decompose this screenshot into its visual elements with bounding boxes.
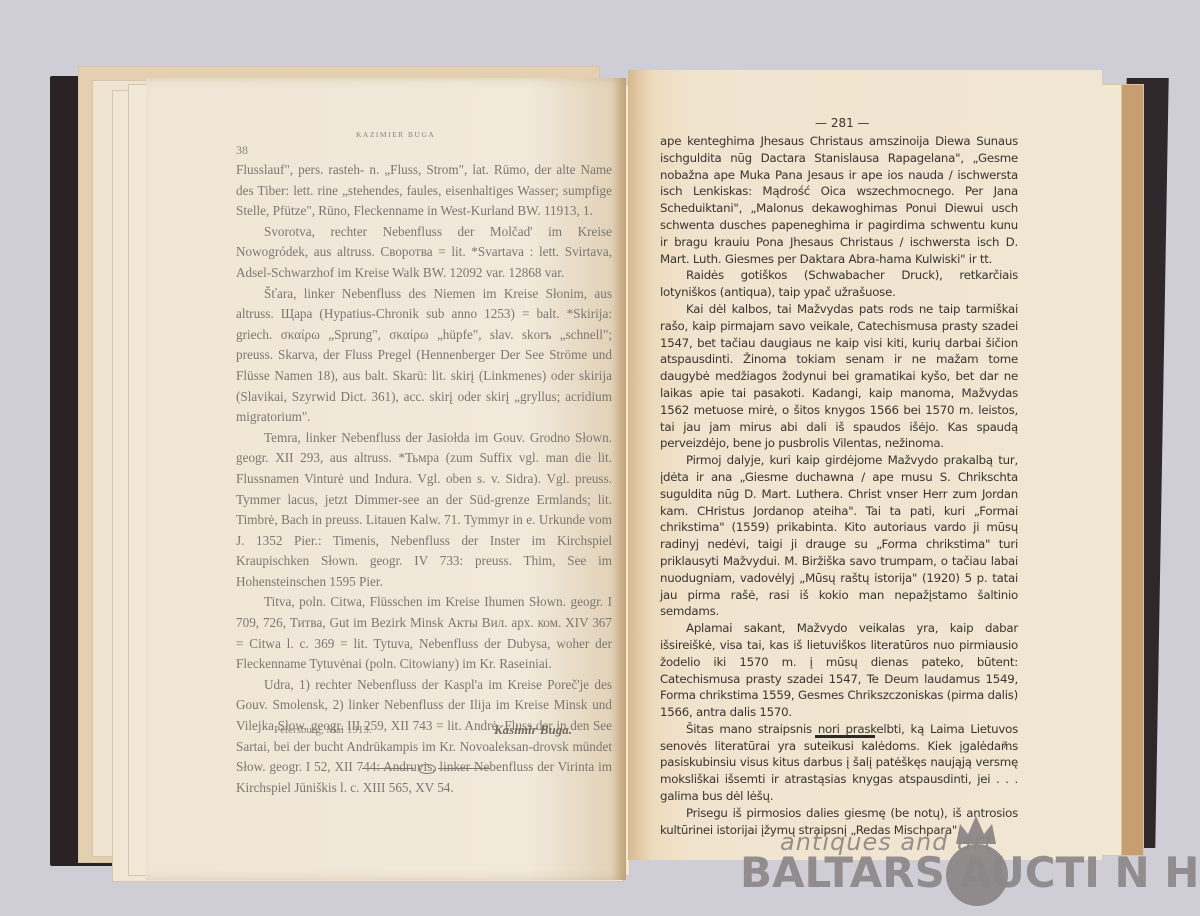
page-number-right: — 281 — — [815, 116, 870, 130]
paragraph: Pirmoj dalyje, kuri kaip girdėjome Mažvy… — [660, 452, 1018, 620]
paragraph: Flusslauf", pers. rasteh- n. „Fluss, Str… — [236, 160, 612, 222]
signature-mark: 7 — [1002, 741, 1008, 751]
running-head: KAZIMIER BUGA — [356, 130, 435, 139]
end-rule — [815, 735, 875, 738]
watermark-brand: BALTARS AUCTI N HOUSE — [740, 848, 1200, 897]
signature-place-date: Petersburg, Mai 1913. — [274, 724, 372, 736]
paragraph: Aplamai sakant, Mažvydo veikalas yra, ka… — [660, 620, 1018, 721]
paragraph: Kai dėl kalbos, tai Mažvydas pats rods n… — [660, 301, 1018, 452]
ornament-divider — [362, 764, 490, 774]
paragraph: Svorotva, rechter Nebenfluss der Molčad'… — [236, 222, 612, 284]
paragraph: Šitas mano straipsnis nori praskelbti, k… — [660, 721, 1018, 805]
paragraph: Raidės gotiškos (Schwabacher Druck), ret… — [660, 267, 1018, 301]
right-page-body: ape kenteghima Jhesaus Christaus amszino… — [660, 133, 1018, 838]
paragraph: Titva, poln. Citwa, Flüsschen im Kreise … — [236, 592, 612, 674]
paragraph: Temra, linker Nebenfluss der Jasiołda im… — [236, 428, 612, 593]
crown-icon — [952, 816, 1000, 846]
paragraph: Šťara, linker Nebenfluss des Niemen im K… — [236, 284, 612, 428]
left-page-body: Flusslauf", pers. rasteh- n. „Fluss, Str… — [236, 160, 612, 798]
signature-author: Kasimir Buga. — [494, 722, 572, 738]
page-number-left: 38 — [236, 143, 248, 158]
paragraph: ape kenteghima Jhesaus Christaus amszino… — [660, 133, 1018, 267]
